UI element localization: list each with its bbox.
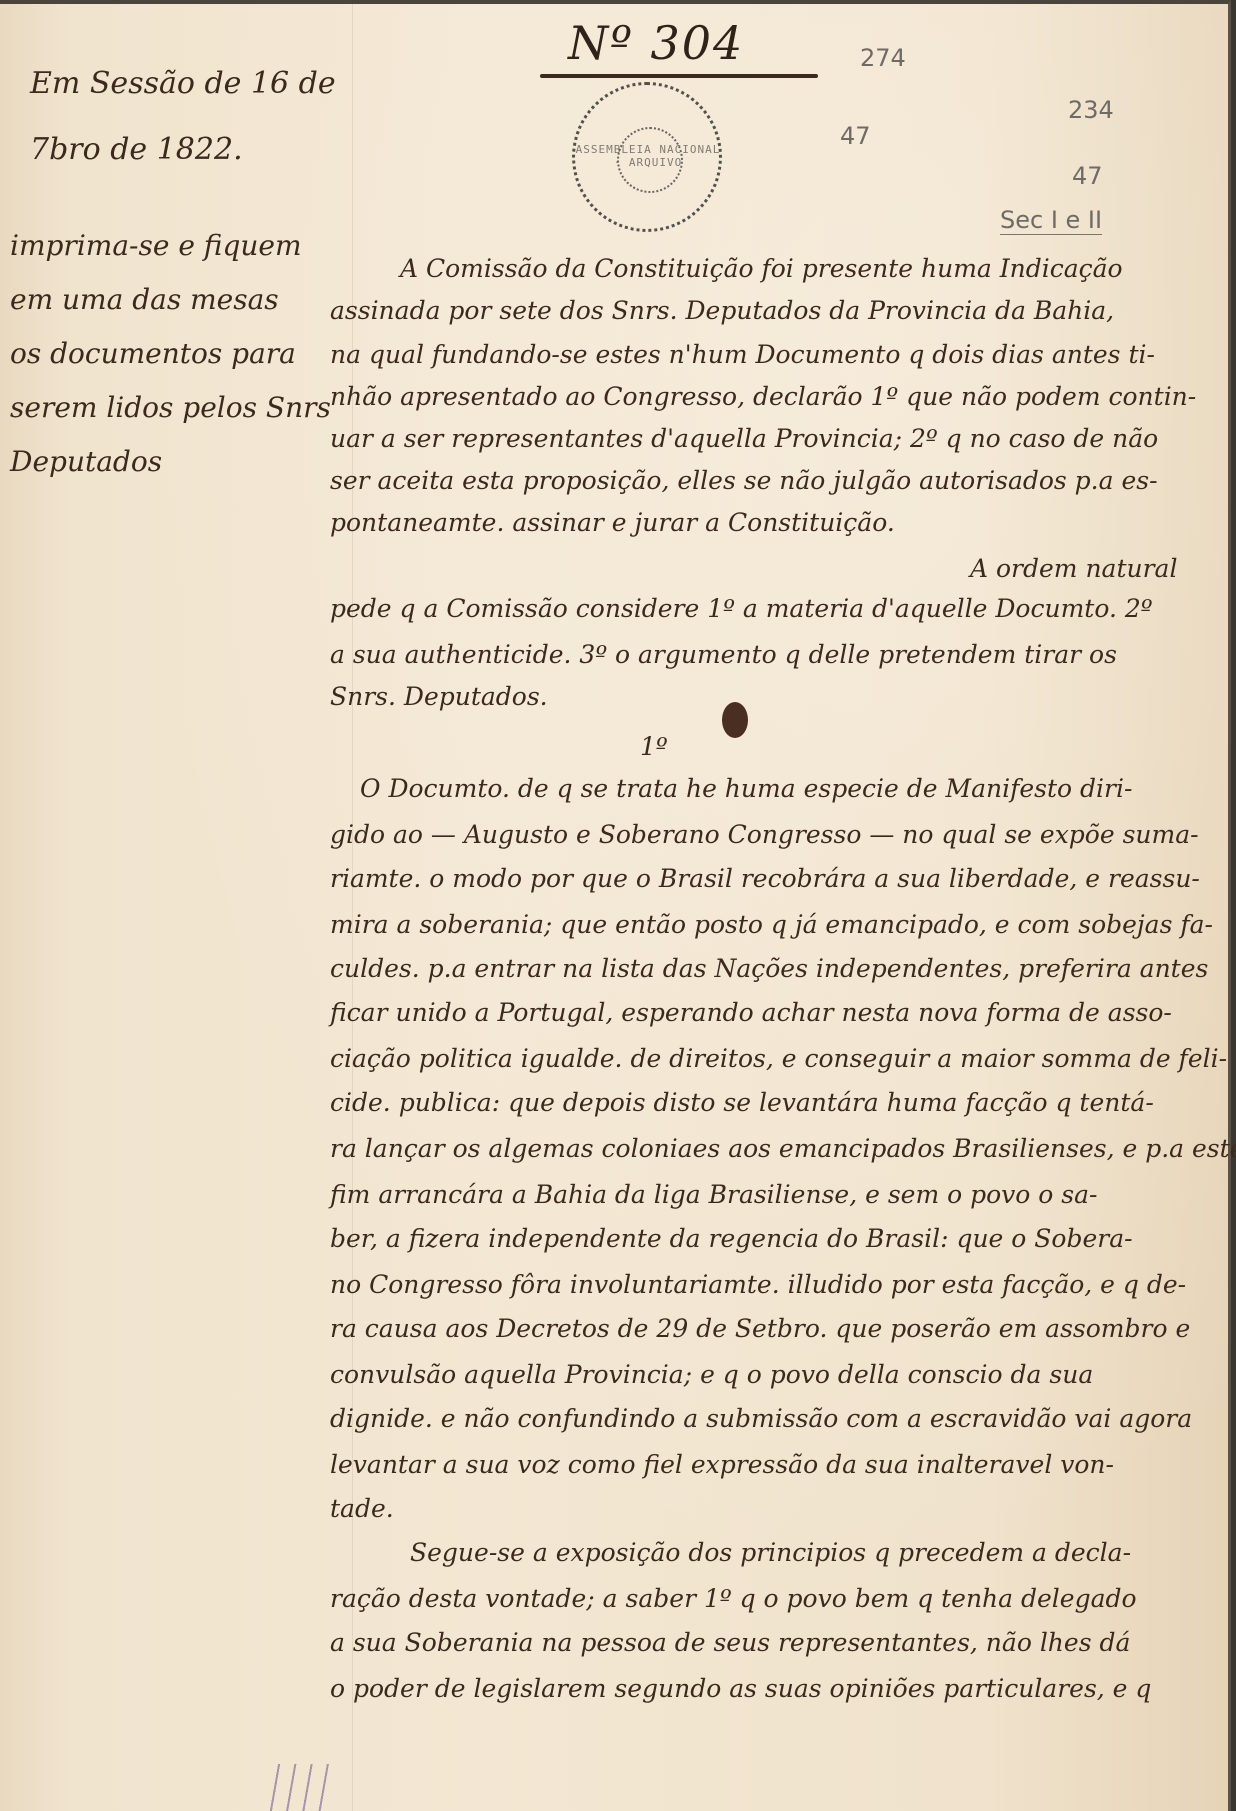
body-line: ser aceita esta proposição, elles se não… <box>330 466 1158 495</box>
body-line: dignide. e não confundindo a submissão c… <box>330 1404 1192 1433</box>
body-line: uar a ser representantes d'aquella Provi… <box>330 424 1158 453</box>
document-number: Nº 304 <box>568 16 744 70</box>
pencil-annotation: 274 <box>860 44 906 72</box>
paper-fold-line <box>352 4 353 1807</box>
ink-blot <box>722 702 748 738</box>
session-date-line: 7bro de 1822. <box>30 132 243 167</box>
session-date-line: Em Sessão de 16 de <box>30 66 336 101</box>
body-line: O Documto. de q se trata he huma especie… <box>360 774 1132 803</box>
margin-note-line: em uma das mesas <box>10 273 340 327</box>
body-line: nhão apresentado ao Congresso, declarão … <box>330 382 1196 411</box>
body-line: cide. publica: que depois disto se levan… <box>330 1088 1154 1117</box>
body-line: convulsão aquella Provincia; e q o povo … <box>330 1360 1093 1389</box>
pencil-annotation-section: Sec I e II <box>1000 206 1102 235</box>
margin-note-line: serem lidos pelos Snrs <box>10 381 340 435</box>
body-line: riamte. o modo por que o Brasil recobrár… <box>330 864 1200 893</box>
body-line: tade. <box>330 1494 394 1523</box>
body-line: ficar unido a Portugal, esperando achar … <box>330 998 1172 1027</box>
pencil-annotation: 234 <box>1068 96 1114 124</box>
body-line: a sua authenticide. 3º o argumento q del… <box>330 640 1117 669</box>
margin-note-line: os documentos para <box>10 327 340 381</box>
margin-note-line: imprima-se e fiquem <box>10 219 340 273</box>
section-heading: 1º <box>640 732 668 761</box>
body-line: gido ao — Augusto e Soberano Congresso —… <box>330 820 1199 849</box>
body-line: pede q a Comissão considere 1º a materia… <box>330 594 1153 623</box>
margin-note-line: Deputados <box>10 435 340 489</box>
body-line: A Comissão da Constituição foi presente … <box>400 254 1123 283</box>
body-line: A ordem natural <box>970 554 1177 583</box>
body-line: ber, a fizera independente da regencia d… <box>330 1224 1133 1253</box>
pencil-annotation: 47 <box>1072 162 1103 190</box>
body-line: mira a soberania; que então posto q já e… <box>330 910 1213 939</box>
margin-note: imprima-se e fiquem em uma das mesas os … <box>10 219 340 489</box>
body-line: Segue-se a exposição dos principios q pr… <box>410 1538 1131 1567</box>
body-line: no Congresso fôra involuntariamte. illud… <box>330 1270 1186 1299</box>
body-line: Snrs. Deputados. <box>330 682 548 711</box>
stamp-text: ASSEMBLEIA NACIONAL · ARQUIVO <box>575 143 721 169</box>
body-line: assinada por sete dos Snrs. Deputados da… <box>330 296 1114 325</box>
body-line: a sua Soberania na pessoa de seus repres… <box>330 1628 1130 1657</box>
body-line: pontaneamte. assinar e jurar a Constitui… <box>330 508 895 537</box>
body-line: na qual fundando-se estes n'hum Document… <box>330 340 1155 369</box>
body-line: o poder de legislarem segundo as suas op… <box>330 1674 1151 1703</box>
purple-ink-marks <box>270 1764 330 1807</box>
body-line: fim arrancára a Bahia da liga Brasiliens… <box>330 1180 1097 1209</box>
header-underline <box>540 74 818 78</box>
body-line: levantar a sua voz como fiel expressão d… <box>330 1450 1114 1479</box>
body-line: ra causa aos Decretos de 29 de Setbro. q… <box>330 1314 1190 1343</box>
body-line: culdes. p.a entrar na lista das Nações i… <box>330 954 1208 983</box>
pencil-annotation: 47 <box>840 122 871 150</box>
manuscript-page: Nº 304 ASSEMBLEIA NACIONAL · ARQUIVO 274… <box>0 0 1231 1807</box>
body-line: ciação politica igualde. de direitos, e … <box>330 1044 1227 1073</box>
body-line: ra lançar os algemas coloniaes aos emanc… <box>330 1134 1236 1163</box>
archive-stamp: ASSEMBLEIA NACIONAL · ARQUIVO <box>572 82 722 232</box>
body-line: ração desta vontade; a saber 1º q o povo… <box>330 1584 1137 1613</box>
